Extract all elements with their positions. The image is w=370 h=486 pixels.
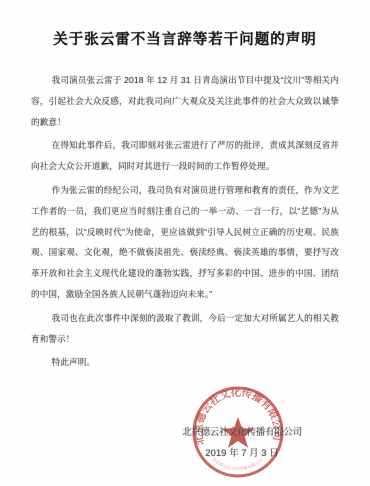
paragraph-punishment: 在得知此事件后，我司即刻对张云雷进行了严厉的批评，责成其深刻反省并向社会大众公开…	[31, 135, 339, 177]
paragraph-lesson: 我司也在此次事件中深刻的汲取了教训，今后一定加大对所属艺人的相关教育和警示！	[31, 308, 339, 350]
paragraph-responsibility: 作为张云雷的经纪公司，我司负有对演员进行管理和教育的责任，作为文艺工作者的一员，…	[31, 180, 339, 305]
document-title: 关于张云雷不当言辞等若干问题的声明	[0, 28, 370, 49]
closing-statement: 特此声明。	[31, 352, 339, 373]
paragraph-apology: 我司演员张云雷于 2018 年 12 月 31 日青岛演出节目中提及“汶川”等相…	[31, 70, 339, 132]
signature-date: 2019 年 7 月 3 日	[152, 445, 332, 459]
signature-company-name: 北京德云社文化传播有限公司	[152, 424, 332, 438]
statement-page: 关于张云雷不当言辞等若干问题的声明 我司演员张云雷于 2018 年 12 月 3…	[0, 0, 370, 486]
document-body: 我司演员张云雷于 2018 年 12 月 31 日青岛演出节目中提及“汶川”等相…	[31, 70, 339, 376]
